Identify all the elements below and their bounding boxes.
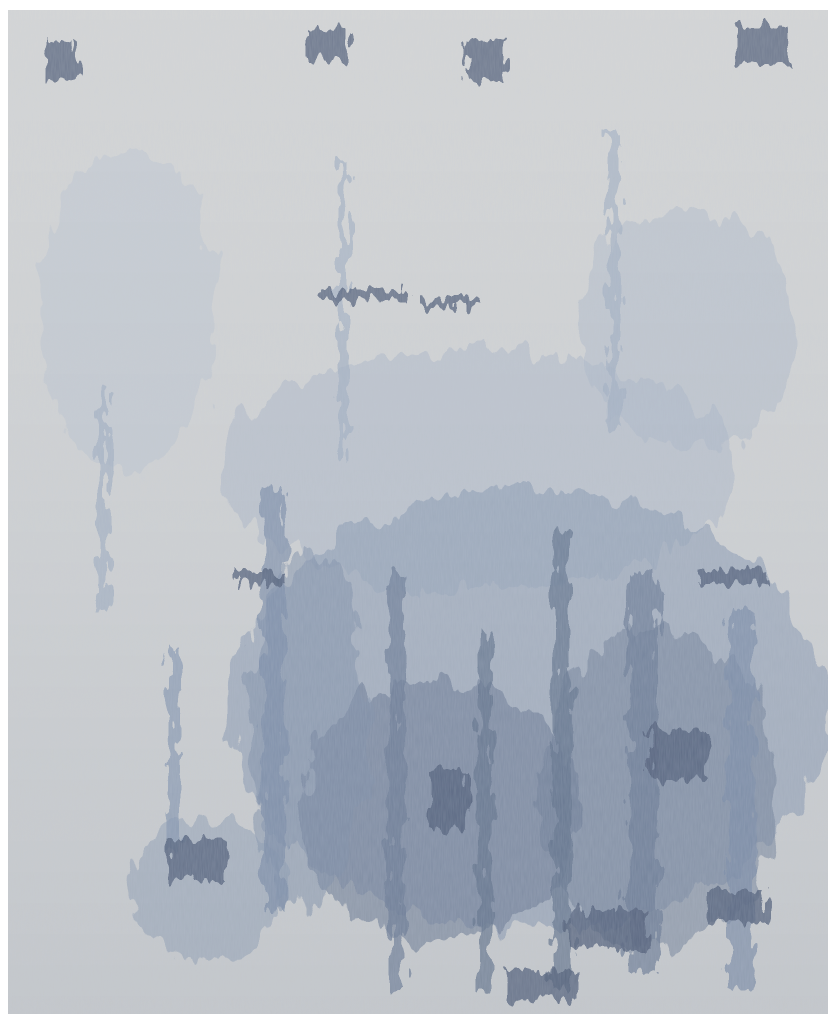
rug-photo: Rectangular hand-knotted rug with an ivo… — [8, 10, 828, 1014]
rug-pattern — [8, 10, 828, 1014]
